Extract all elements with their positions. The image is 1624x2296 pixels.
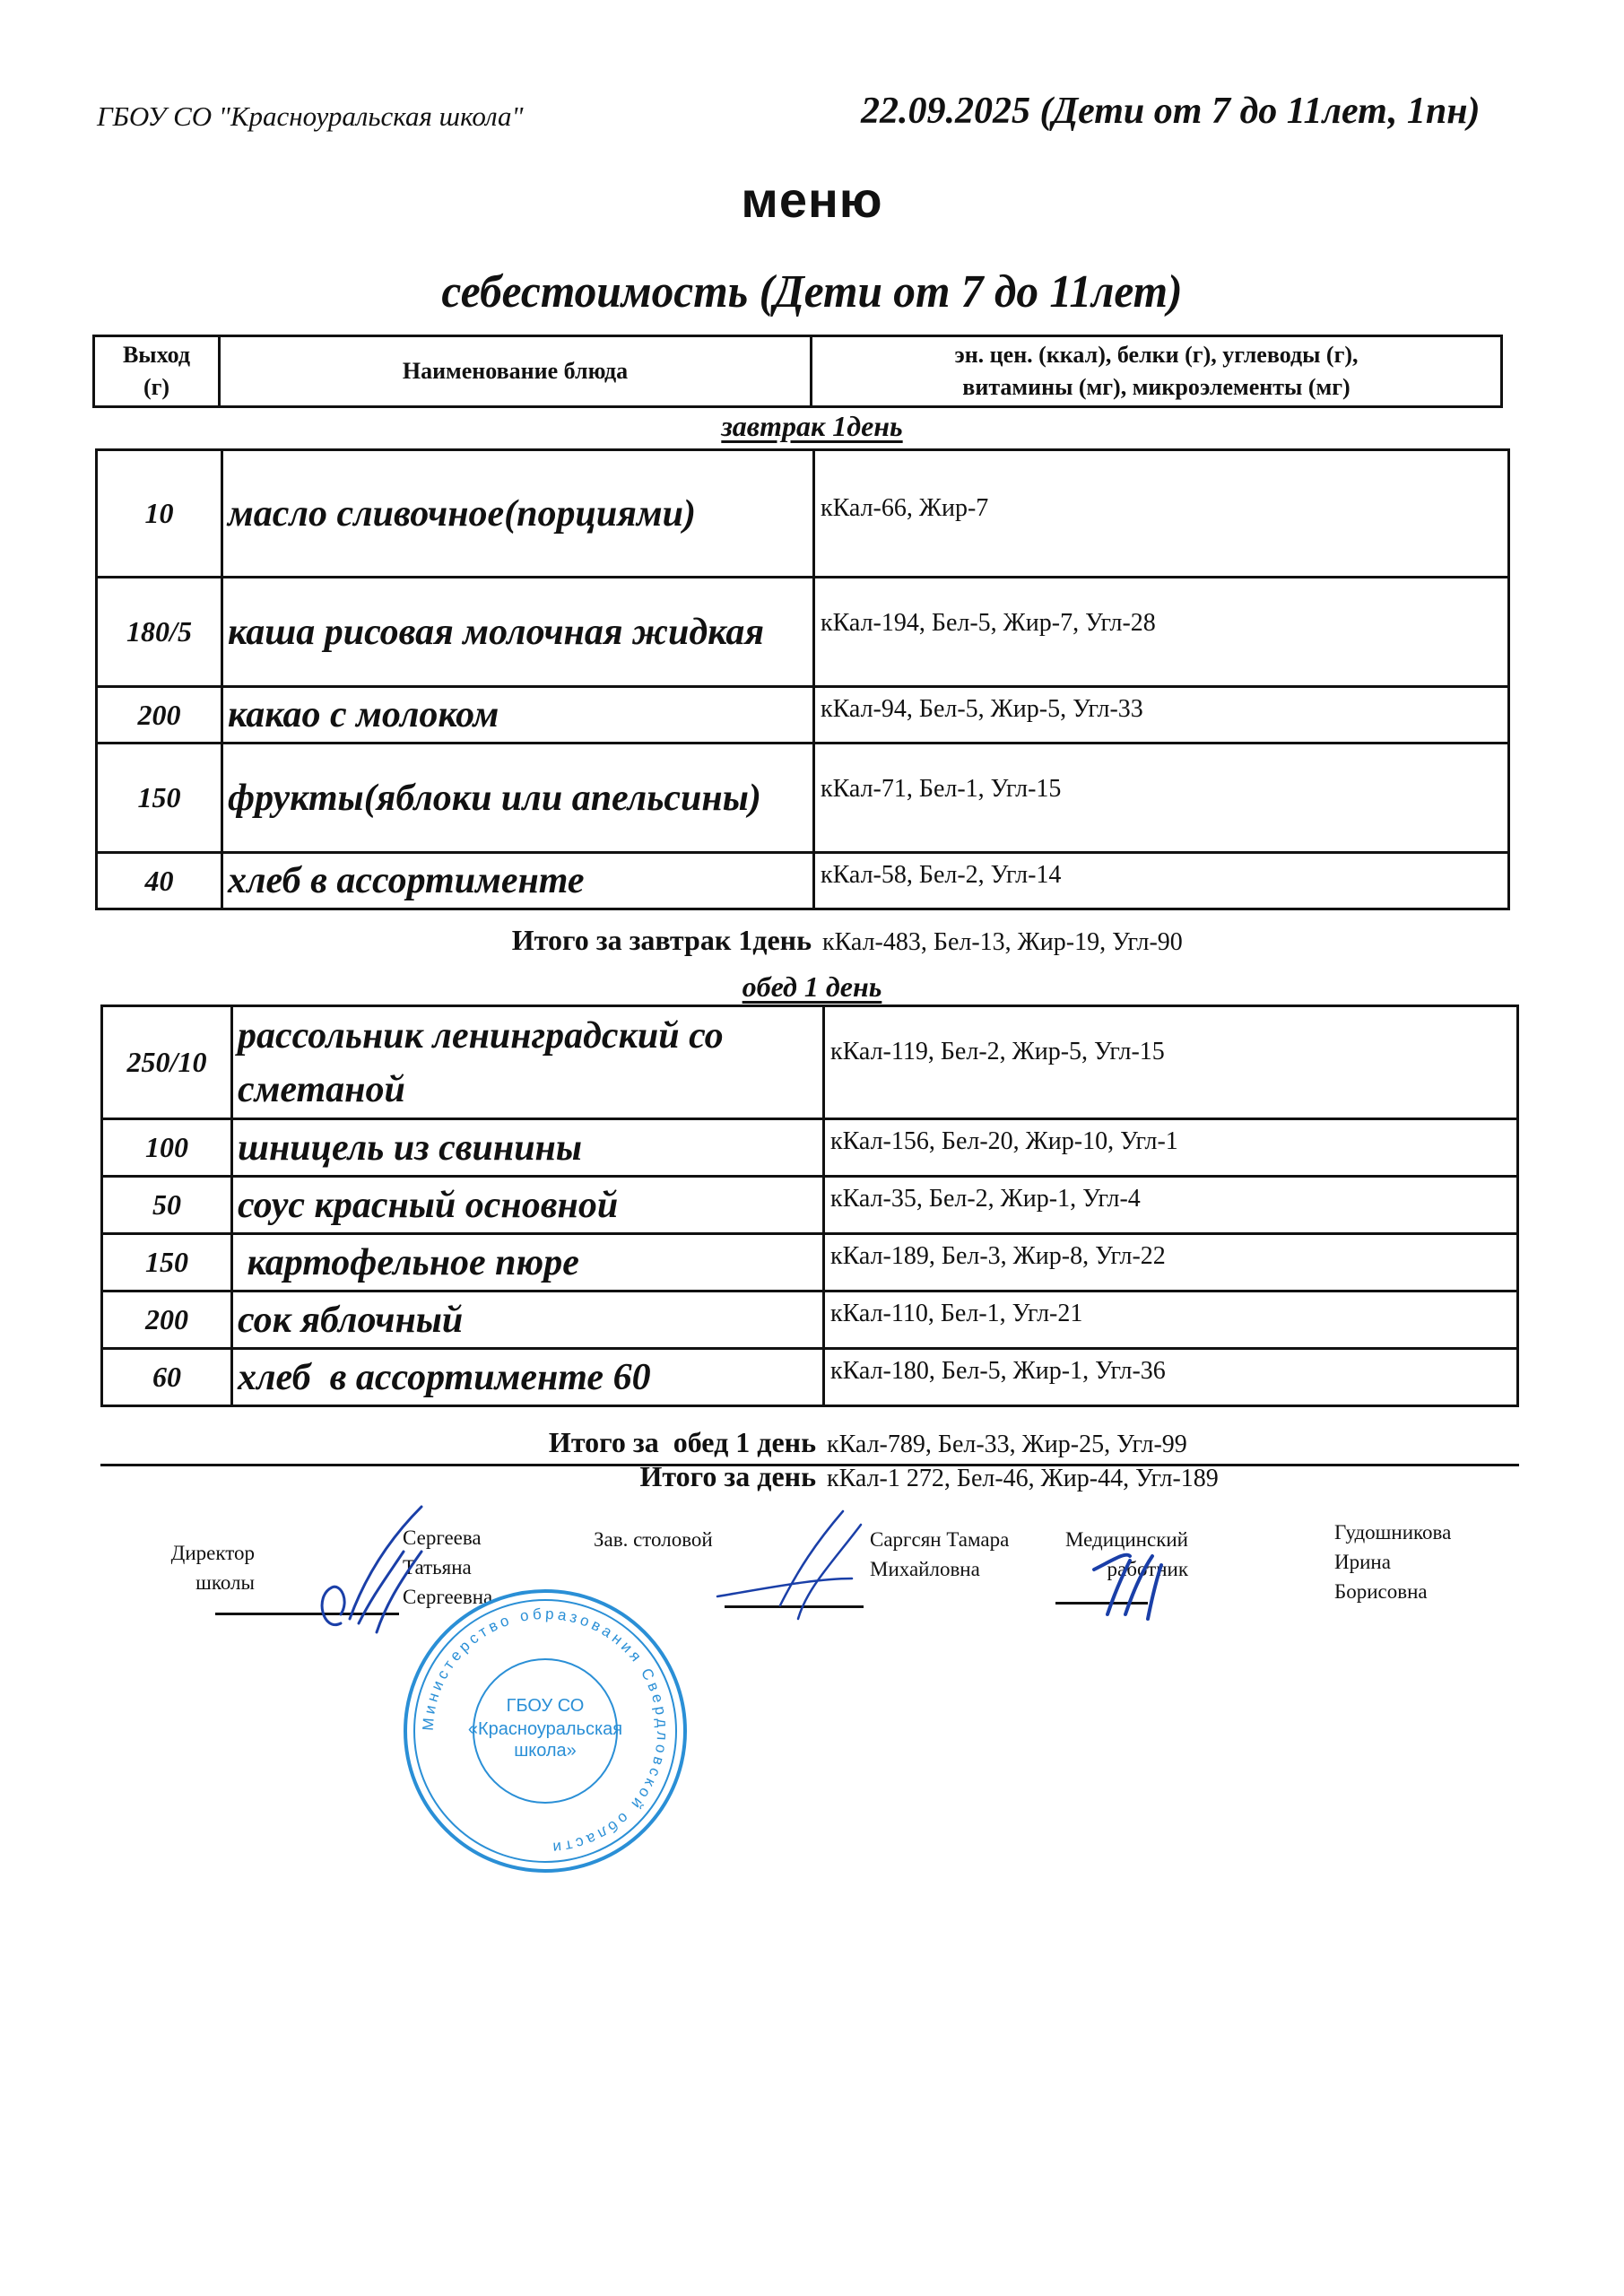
section-title-breakfast: завтрак 1день xyxy=(0,410,1624,443)
row-nutrition: кКал-35, Бел-2, Жир-1, Угл-4 xyxy=(824,1177,1518,1234)
canteen-role: Зав. столовой xyxy=(594,1525,713,1554)
row-nutrition: кКал-194, Бел-5, Жир-7, Угл-28 xyxy=(814,578,1509,687)
breakfast-total-label: Итого за завтрак 1день xyxy=(94,924,812,957)
row-dish-name: соус красный основной xyxy=(232,1177,824,1234)
lunch-total-label: Итого за обед 1 день xyxy=(99,1426,816,1459)
lunch-total: Итого за обед 1 день кКал-789, Бел-33, Ж… xyxy=(99,1426,1187,1459)
column-header-nutrition: эн. цен. (ккал), белки (г), углеводы (г)… xyxy=(812,336,1502,407)
medical-name-line3: Борисовна xyxy=(1334,1577,1451,1606)
row-yield: 200 xyxy=(102,1291,232,1349)
row-nutrition: кКал-71, Бел-1, Угл-15 xyxy=(814,744,1509,853)
row-dish-name: хлеб в ассортименте xyxy=(222,853,814,909)
row-nutrition: кКал-58, Бел-2, Угл-14 xyxy=(814,853,1509,909)
page-subtitle: себестоимость (Дети от 7 до 11лет) xyxy=(40,265,1583,318)
row-dish-name: какао с молоком xyxy=(222,687,814,744)
row-dish-name: картофельное пюре xyxy=(232,1234,824,1291)
row-yield: 200 xyxy=(97,687,222,744)
table-row: 100 шницель из свинины кКал-156, Бел-20,… xyxy=(102,1119,1518,1177)
header-nutrition-line1: эн. цен. (ккал), белки (г), углеводы (г)… xyxy=(818,339,1495,371)
table-row: 150 картофельное пюре кКал-189, Бел-3, Ж… xyxy=(102,1234,1518,1291)
table-row: 180/5 каша рисовая молочная жидкая кКал-… xyxy=(97,578,1509,687)
row-dish-name: рассольник ленинградский со сметаной xyxy=(232,1006,824,1119)
day-total-label: Итого за день xyxy=(99,1460,816,1493)
page-title: меню xyxy=(0,170,1624,229)
header-nutrition-line2: витамины (мг), микроэлементы (мг) xyxy=(818,371,1495,404)
row-dish-name: хлеб в ассортименте 60 xyxy=(232,1349,824,1406)
day-total-values: кКал-1 272, Бел-46, Жир-44, Угл-189 xyxy=(827,1465,1219,1493)
row-yield: 250/10 xyxy=(102,1006,232,1119)
table-row: 60 хлеб в ассортименте 60 кКал-180, Бел-… xyxy=(102,1349,1518,1406)
table-row: 200 сок яблочный кКал-110, Бел-1, Угл-21 xyxy=(102,1291,1518,1349)
breakfast-total: Итого за завтрак 1день кКал-483, Бел-13,… xyxy=(94,924,1183,957)
row-yield: 50 xyxy=(102,1177,232,1234)
table-row: 150 фрукты(яблоки или апельсины) кКал-71… xyxy=(97,744,1509,853)
table-row: 50 соус красный основной кКал-35, Бел-2,… xyxy=(102,1177,1518,1234)
director-role-line1: Директор xyxy=(165,1538,255,1568)
section-title-lunch: обед 1 день xyxy=(0,970,1624,1004)
medical-name: Гудошникова Ирина Борисовна xyxy=(1334,1518,1451,1606)
row-nutrition: кКал-156, Бел-20, Жир-10, Угл-1 xyxy=(824,1119,1518,1177)
row-nutrition: кКал-110, Бел-1, Угл-21 xyxy=(824,1291,1518,1349)
row-dish-name: шницель из свинины xyxy=(232,1119,824,1177)
row-dish-name: каша рисовая молочная жидкая xyxy=(222,578,814,687)
medical-signature-icon xyxy=(1076,1534,1175,1632)
row-yield: 150 xyxy=(102,1234,232,1291)
row-dish-name: фрукты(яблоки или апельсины) xyxy=(222,744,814,853)
breakfast-table: 10 масло сливочное(порциями) кКал-66, Жи… xyxy=(95,448,1510,910)
date-line: 22.09.2025 (Дети от 7 до 11лет, 1пн) xyxy=(861,90,1481,133)
lunch-table: 250/10 рассольник ленинградский со смета… xyxy=(100,1004,1519,1407)
row-nutrition: кКал-66, Жир-7 xyxy=(814,450,1509,578)
header-yield-line2: (г) xyxy=(100,371,213,404)
row-nutrition: кКал-180, Бел-5, Жир-1, Угл-36 xyxy=(824,1349,1518,1406)
column-header-yield: Выход (г) xyxy=(94,336,220,407)
row-yield: 100 xyxy=(102,1119,232,1177)
row-yield: 150 xyxy=(97,744,222,853)
director-role: Директор школы xyxy=(165,1538,255,1597)
row-dish-name: сок яблочный xyxy=(232,1291,824,1349)
row-dish-name: масло сливочное(порциями) xyxy=(222,450,814,578)
lunch-total-values: кКал-789, Бел-33, Жир-25, Угл-99 xyxy=(827,1431,1187,1459)
medical-name-line1: Гудошникова xyxy=(1334,1518,1451,1547)
row-yield: 60 xyxy=(102,1349,232,1406)
director-role-line2: школы xyxy=(165,1568,255,1597)
table-row: 10 масло сливочное(порциями) кКал-66, Жи… xyxy=(97,450,1509,578)
row-yield: 40 xyxy=(97,853,222,909)
row-nutrition: кКал-94, Бел-5, Жир-5, Угл-33 xyxy=(814,687,1509,744)
section-title-breakfast-text: завтрак 1день xyxy=(721,410,902,442)
official-stamp-icon: Министерство образования Свердловской об… xyxy=(384,1587,707,1883)
breakfast-total-values: кКал-483, Бел-13, Жир-19, Угл-90 xyxy=(822,928,1183,957)
row-yield: 10 xyxy=(97,450,222,578)
table-row: 250/10 рассольник ленинградский со смета… xyxy=(102,1006,1518,1119)
table-row: 40 хлеб в ассортименте кКал-58, Бел-2, У… xyxy=(97,853,1509,909)
canteen-signature-icon xyxy=(708,1507,897,1623)
header-yield-line1: Выход xyxy=(100,339,213,371)
table-row: 200 какао с молоком кКал-94, Бел-5, Жир-… xyxy=(97,687,1509,744)
organization-name: ГБОУ СО "Красноуральская школа" xyxy=(97,100,524,133)
column-header-dish: Наименование блюда xyxy=(220,336,812,407)
day-total: Итого за день кКал-1 272, Бел-46, Жир-44… xyxy=(99,1460,1219,1493)
row-nutrition: кКал-189, Бел-3, Жир-8, Угл-22 xyxy=(824,1234,1518,1291)
stamp-center-line2: «Красноуральская xyxy=(468,1719,622,1739)
stamp-center-line3: школа» xyxy=(514,1741,577,1761)
section-title-lunch-text: обед 1 день xyxy=(743,970,882,1003)
row-yield: 180/5 xyxy=(97,578,222,687)
row-nutrition: кКал-119, Бел-2, Жир-5, Угл-15 xyxy=(824,1006,1518,1119)
column-header-table: Выход (г) Наименование блюда эн. цен. (к… xyxy=(92,335,1503,408)
stamp-center-line1: ГБОУ СО xyxy=(507,1696,585,1716)
medical-name-line2: Ирина xyxy=(1334,1547,1451,1577)
